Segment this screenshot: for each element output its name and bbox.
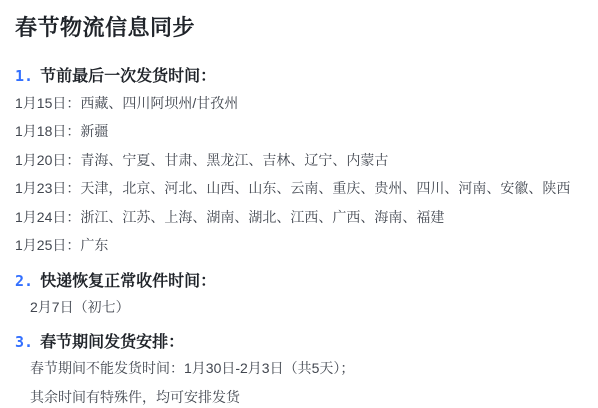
schedule-line: 其余时间有特殊件，均可安排发货 <box>30 383 583 408</box>
schedule-line: 2月7日（初七） <box>30 293 583 322</box>
section-last-shipping-times: 1.节前最后一次发货时间： 1月15日：西藏、四川阿坝州/甘孜州 1月18日：新… <box>15 67 583 259</box>
schedule-line: 1月24日：浙江、江苏、上海、湖南、湖北、江西、广西、海南、福建 <box>15 203 583 232</box>
schedule-line: 1月20日：青海、宁夏、甘肃、黑龙江、吉林、辽宁、内蒙古 <box>15 146 583 175</box>
schedule-line: 1月15日：西藏、四川阿坝州/甘孜州 <box>15 89 583 118</box>
section-heading: 1.节前最后一次发货时间： <box>15 67 583 86</box>
document-page: 春节物流信息同步 1.节前最后一次发货时间： 1月15日：西藏、四川阿坝州/甘孜… <box>0 0 598 408</box>
document-body: 春节物流信息同步 1.节前最后一次发货时间： 1月15日：西藏、四川阿坝州/甘孜… <box>0 0 598 408</box>
schedule-lines: 2月7日（初七） <box>15 293 583 322</box>
list-number: 1. <box>15 67 33 85</box>
section-normal-pickup-resume: 2.快递恢复正常收件时间： 2月7日（初七） <box>15 272 583 322</box>
section-heading-text: 节前最后一次发货时间： <box>40 68 216 85</box>
section-heading: 3.春节期间发货安排： <box>15 333 583 352</box>
section-heading-text: 快递恢复正常收件时间： <box>40 273 216 290</box>
page-title: 春节物流信息同步 <box>15 15 583 41</box>
schedule-line: 1月23日：天津，北京、河北、山西、山东、云南、重庆、贵州、四川、河南、安徽、陕… <box>15 174 583 203</box>
schedule-lines: 1月15日：西藏、四川阿坝州/甘孜州 1月18日：新疆 1月20日：青海、宁夏、… <box>15 89 583 260</box>
section-heading-text: 春节期间发货安排： <box>40 334 184 351</box>
section-heading: 2.快递恢复正常收件时间： <box>15 272 583 291</box>
schedule-line: 1月25日：广东 <box>15 231 583 260</box>
list-number: 3. <box>15 333 33 351</box>
schedule-line: 春节期间不能发货时间：1月30日-2月3日（共5天）； <box>30 354 583 383</box>
section-holiday-shipping-plan: 3.春节期间发货安排： 春节期间不能发货时间：1月30日-2月3日（共5天）； … <box>15 333 583 408</box>
list-number: 2. <box>15 272 33 290</box>
schedule-lines: 春节期间不能发货时间：1月30日-2月3日（共5天）； 其余时间有特殊件，均可安… <box>15 354 583 408</box>
schedule-line: 1月18日：新疆 <box>15 117 583 146</box>
